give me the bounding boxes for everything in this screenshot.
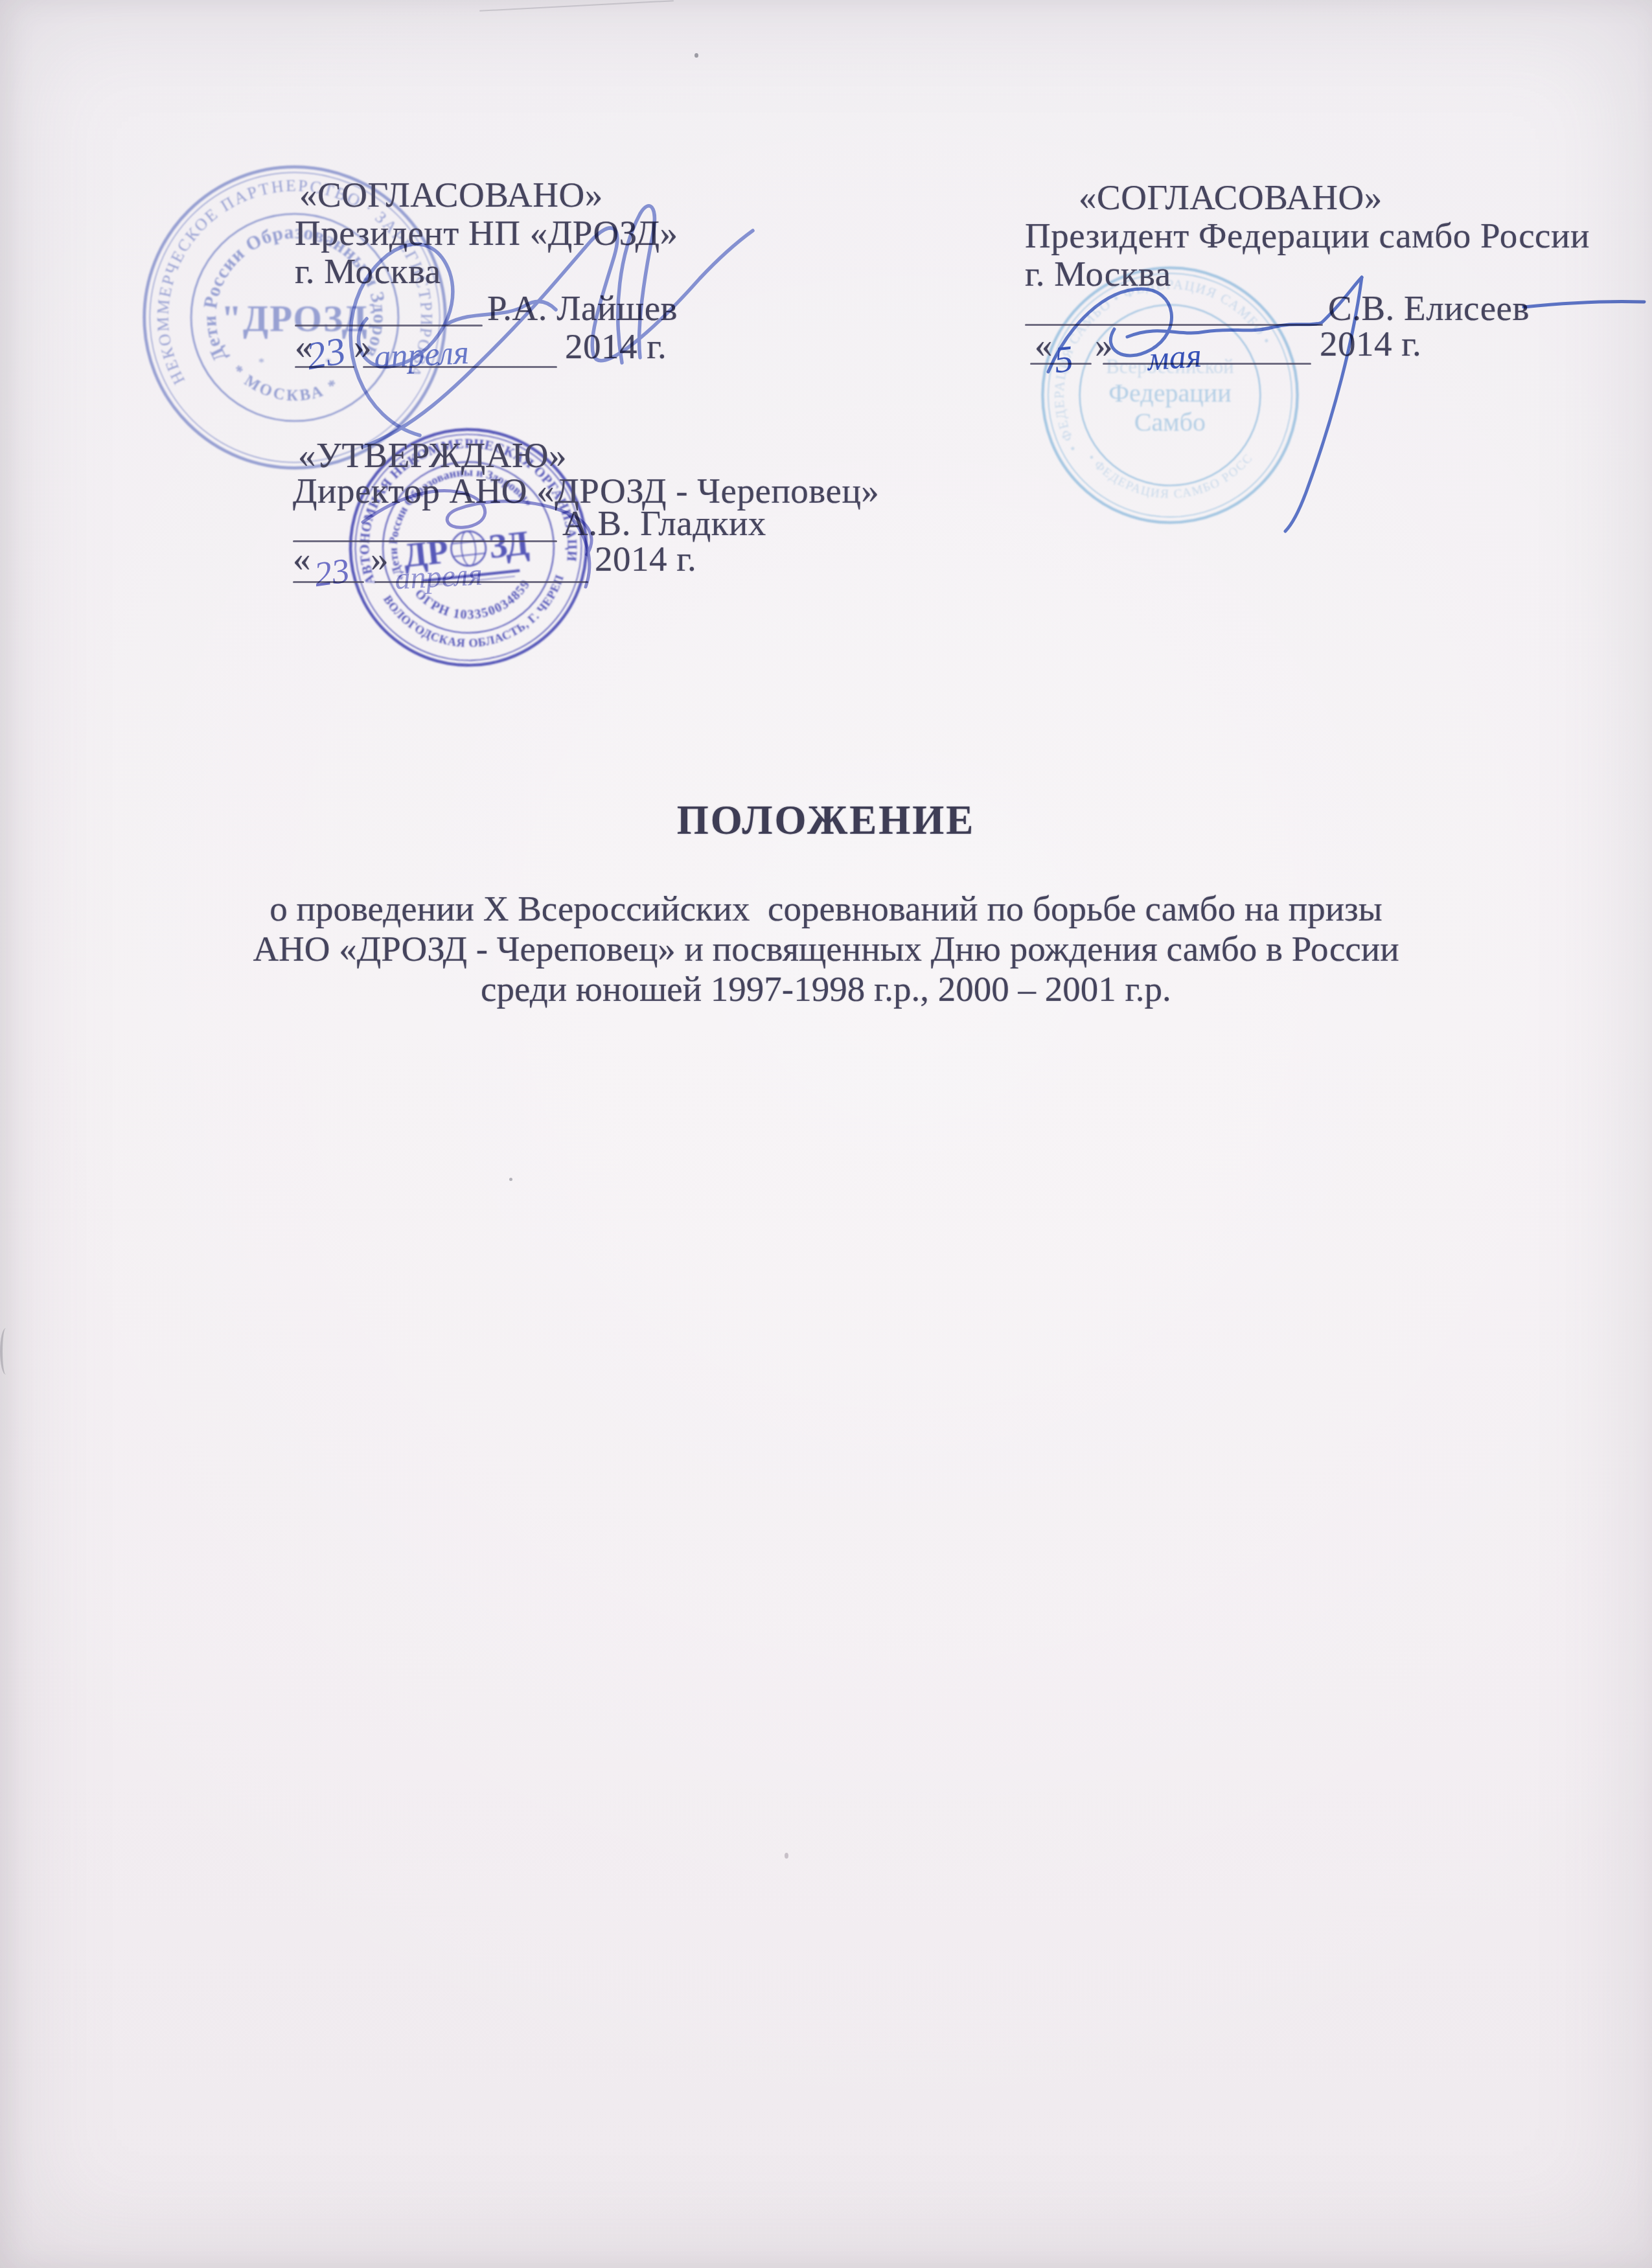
- scan-speck: [509, 1178, 512, 1181]
- handwritten-day-director: 23: [312, 551, 352, 594]
- handwritten-month-director: апреля: [394, 557, 483, 596]
- handwritten-annotations: 23 апреля 5 мая 23 апреля: [0, 0, 1652, 2268]
- handwritten-month-left: апреля: [373, 334, 470, 376]
- scan-speck: [785, 1853, 788, 1859]
- scan-edge-mark: [0, 1328, 12, 1375]
- scan-speck: [694, 53, 698, 58]
- scanned-document-page: { "document": { "title": "ПОЛОЖЕНИЕ", "i…: [0, 0, 1652, 2268]
- signature-stroke-left: [350, 206, 753, 447]
- handwritten-day-left: 23: [303, 329, 349, 378]
- handwritten-day-right: 5: [1052, 337, 1075, 381]
- handwritten-month-right: мая: [1145, 338, 1202, 378]
- signature-stroke-right: [1048, 277, 1644, 531]
